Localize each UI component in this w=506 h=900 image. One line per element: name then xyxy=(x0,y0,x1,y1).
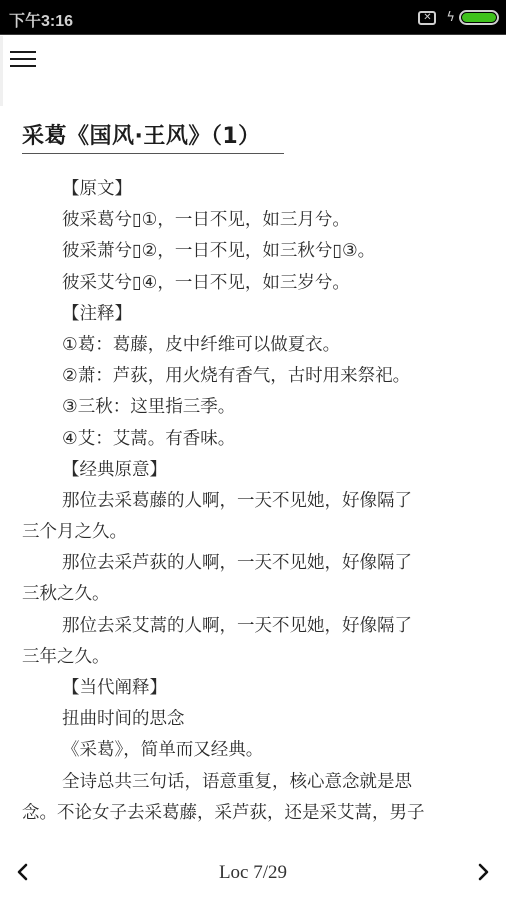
text-line: 全诗总共三句话，语意重复，核心意念就是思 xyxy=(22,767,488,798)
menu-bar xyxy=(10,65,36,67)
bottom-navigation: Loc 7/29 xyxy=(0,855,506,895)
menu-bar xyxy=(10,51,36,53)
text-line: 三秋之久。 xyxy=(22,579,488,610)
next-page-button[interactable] xyxy=(471,857,495,887)
status-icons: ✕ ϟ xyxy=(418,9,499,26)
title-underline xyxy=(22,153,284,154)
drawer-edge xyxy=(0,36,3,106)
menu-bar xyxy=(10,58,36,60)
text-line: 【注释】 xyxy=(22,299,488,330)
text-line: 【当代阐释】 xyxy=(22,673,488,704)
battery-full-icon xyxy=(459,10,499,25)
hamburger-menu-icon[interactable] xyxy=(10,50,36,70)
text-line: 扭曲时间的思念 xyxy=(22,704,488,735)
text-line: 三个月之久。 xyxy=(22,517,488,548)
location-indicator: Loc 7/29 xyxy=(0,862,506,884)
status-time: 下午3:16 xyxy=(9,8,73,31)
text-line: 那位去采艾蒿的人啊，一天不见她，好像隔了 xyxy=(22,611,488,642)
book-content: 【原文】彼采葛兮▯①，一日不见，如三月兮。彼采萧兮▯②，一日不见，如三秋兮▯③。… xyxy=(22,174,488,829)
battery-level xyxy=(462,13,496,22)
text-line: ③三秋：这里指三季。 xyxy=(22,392,488,423)
status-bar: 下午3:16 ✕ ϟ xyxy=(0,0,506,35)
text-line: ④艾：艾蒿。有香味。 xyxy=(22,424,488,455)
text-line: 彼采葛兮▯①，一日不见，如三月兮。 xyxy=(22,205,488,236)
chevron-right-icon xyxy=(476,862,490,882)
charging-bolt-icon: ϟ xyxy=(446,11,455,24)
text-line: 彼采艾兮▯④，一日不见，如三岁兮。 xyxy=(22,268,488,299)
text-line: 【经典原意】 xyxy=(22,455,488,486)
text-line: 那位去采芦荻的人啊，一天不见她，好像隔了 xyxy=(22,548,488,579)
text-line: 彼采萧兮▯②，一日不见，如三秋兮▯③。 xyxy=(22,236,488,267)
text-line: ①葛：葛藤，皮中纤维可以做夏衣。 xyxy=(22,330,488,361)
text-line: 那位去采葛藤的人啊，一天不见她，好像隔了 xyxy=(22,486,488,517)
text-line: ②萧：芦荻，用火烧有香气，古时用来祭祀。 xyxy=(22,361,488,392)
text-line: 念。不论女子去采葛藤，采芦荻，还是采艾蒿，男子 xyxy=(22,798,488,829)
text-line: 《采葛》，简单而又经典。 xyxy=(22,735,488,766)
text-line: 三年之久。 xyxy=(22,642,488,673)
sim-card-error-icon: ✕ xyxy=(418,11,436,25)
text-line: 【原文】 xyxy=(22,174,488,205)
chapter-title: 采葛《国风·王风》（1） xyxy=(22,119,261,150)
